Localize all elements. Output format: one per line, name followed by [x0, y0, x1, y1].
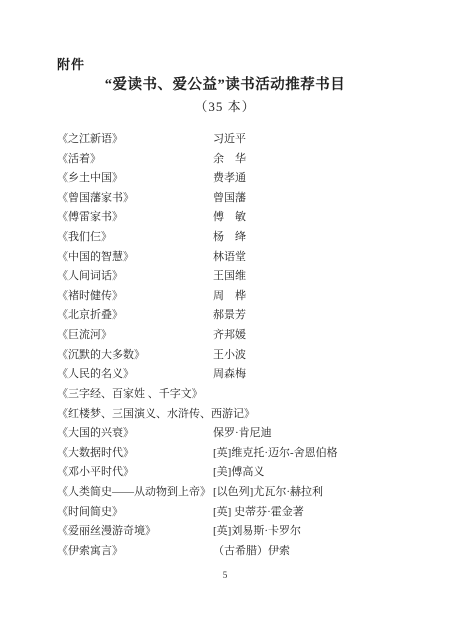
- book-author: 余 华: [213, 150, 246, 170]
- book-author: 费孝通: [213, 169, 246, 189]
- book-title: 《乡土中国》: [57, 169, 213, 189]
- book-author: 周森梅: [213, 365, 246, 385]
- document-page: 附件 “爱读书、爱公益”读书活动推荐书目 （35 本） 《之江新语》 习近平 《…: [0, 0, 450, 621]
- book-title: 《大数据时代》: [57, 444, 213, 464]
- book-title: 《傅雷家书》: [57, 208, 213, 228]
- book-title: 《褚时健传》: [57, 287, 213, 307]
- book-list-row: 《活着》 余 华: [57, 150, 405, 170]
- book-author: 林语堂: [213, 248, 246, 268]
- book-list-row: 《曾国藩家书》 曾国藩: [57, 189, 405, 209]
- book-list-row: 《红楼梦、三国演义、水浒传、西游记》: [57, 405, 405, 425]
- book-list-row: 《人民的名义》 周森梅: [57, 365, 405, 385]
- book-title: 《人间词话》: [57, 267, 213, 287]
- book-author: 齐邦媛: [213, 326, 246, 346]
- book-list-row: 《人类简史——从动物到上帝》 [以色列]尤瓦尔·赫拉利: [57, 483, 405, 503]
- book-author: 王小波: [213, 346, 246, 366]
- book-author: 杨 绛: [213, 228, 246, 248]
- book-count-note: （35 本）: [0, 96, 450, 115]
- book-author: 保罗·肯尼迪: [213, 424, 272, 444]
- book-title: 《三字经、百家姓 、千字文》: [57, 385, 213, 405]
- book-title: 《时间简史》: [57, 503, 213, 523]
- book-title: 《巨流河》: [57, 326, 213, 346]
- page-number: 5: [0, 571, 450, 581]
- book-author: 周 桦: [213, 287, 246, 307]
- book-author: 傅 敏: [213, 208, 246, 228]
- book-author: （古希腊）伊索: [213, 542, 290, 562]
- book-list-row: 《乡土中国》 费孝通: [57, 169, 405, 189]
- book-list-row: 《伊索寓言》 （古希腊）伊索: [57, 542, 405, 562]
- book-author: [英] 史蒂芬·霍金著: [213, 503, 304, 523]
- book-title: 《曾国藩家书》: [57, 189, 213, 209]
- book-title: 《我们仨》: [57, 228, 213, 248]
- book-list-row: 《褚时健传》 周 桦: [57, 287, 405, 307]
- book-title: 《伊索寓言》: [57, 542, 213, 562]
- book-author: [以色列]尤瓦尔·赫拉利: [213, 483, 323, 503]
- book-title: 《活着》: [57, 150, 213, 170]
- book-author: [英]刘易斯·卡罗尔: [213, 522, 301, 542]
- book-author: 曾国藩: [213, 189, 246, 209]
- book-author: 郝景芳: [213, 306, 246, 326]
- book-title: 《之江新语》: [57, 130, 213, 150]
- book-author: 习近平: [213, 130, 246, 150]
- book-list-row: 《中国的智慧》 林语堂: [57, 248, 405, 268]
- book-title: 《人类简史——从动物到上帝》: [57, 483, 213, 503]
- book-title: 《人民的名义》: [57, 365, 213, 385]
- book-title: 《沉默的大多数》: [57, 346, 213, 366]
- book-author: [美]傅高义: [213, 463, 264, 483]
- book-list-row: 《傅雷家书》 傅 敏: [57, 208, 405, 228]
- page-title: “爱读书、爱公益”读书活动推荐书目: [0, 73, 450, 94]
- book-list-row: 《巨流河》 齐邦媛: [57, 326, 405, 346]
- book-list-row: 《沉默的大多数》 王小波: [57, 346, 405, 366]
- book-title: 《北京折叠》: [57, 306, 213, 326]
- book-list-row: 《邓小平时代》 [美]傅高义: [57, 463, 405, 483]
- book-list-row: 《北京折叠》 郝景芳: [57, 306, 405, 326]
- book-list: 《之江新语》 习近平 《活着》 余 华 《乡土中国》 费孝通 《曾国藩家书》 曾…: [57, 130, 405, 561]
- book-title: 《大国的兴衰》: [57, 424, 213, 444]
- book-list-row: 《时间简史》 [英] 史蒂芬·霍金著: [57, 503, 405, 523]
- book-title: 《中国的智慧》: [57, 248, 213, 268]
- attachment-label: 附件: [57, 54, 85, 73]
- book-list-row: 《三字经、百家姓 、千字文》: [57, 385, 405, 405]
- book-list-row: 《之江新语》 习近平: [57, 130, 405, 150]
- book-title: 《爱丽丝漫游奇境》: [57, 522, 213, 542]
- book-title: 《红楼梦、三国演义、水浒传、西游记》: [57, 405, 255, 425]
- book-title: 《邓小平时代》: [57, 463, 213, 483]
- book-author: [英]维克托·迈尔-舍恩伯格: [213, 444, 338, 464]
- book-list-row: 《大国的兴衰》 保罗·肯尼迪: [57, 424, 405, 444]
- book-author: 王国维: [213, 267, 246, 287]
- book-list-row: 《大数据时代》 [英]维克托·迈尔-舍恩伯格: [57, 444, 405, 464]
- book-list-row: 《爱丽丝漫游奇境》 [英]刘易斯·卡罗尔: [57, 522, 405, 542]
- book-list-row: 《我们仨》 杨 绛: [57, 228, 405, 248]
- book-list-row: 《人间词话》 王国维: [57, 267, 405, 287]
